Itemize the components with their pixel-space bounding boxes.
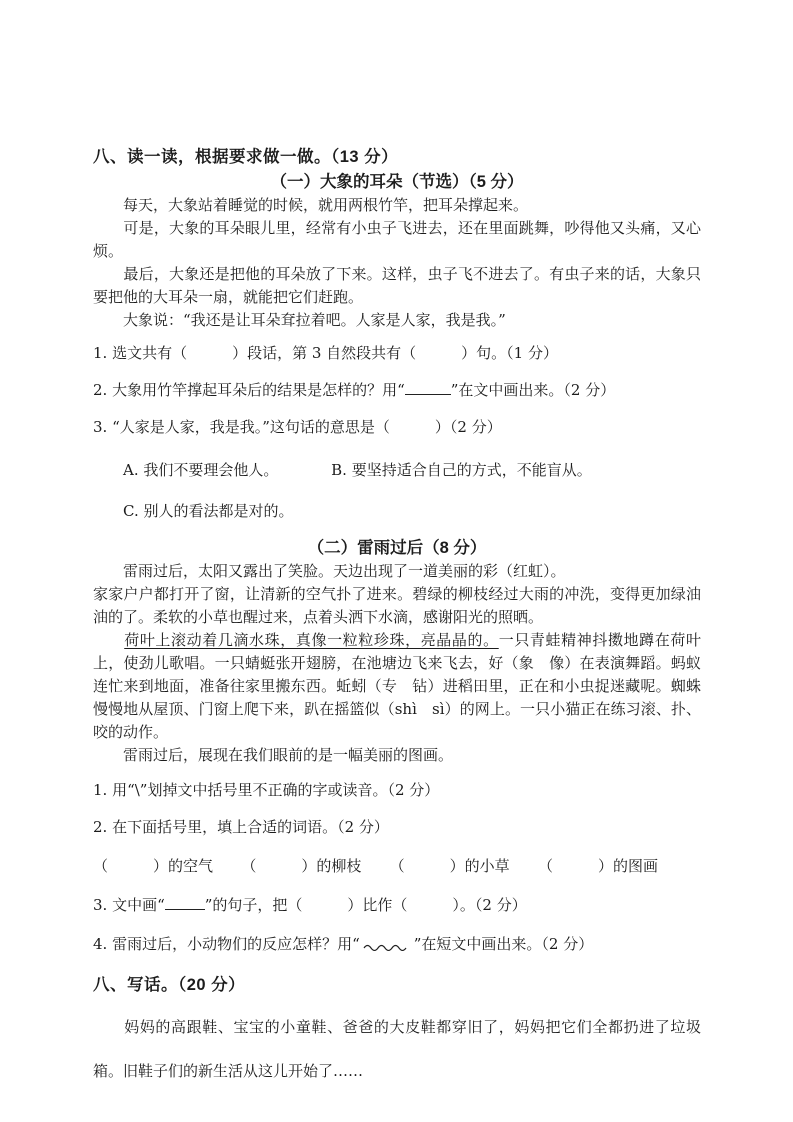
blank-line — [165, 895, 205, 910]
passage-paragraph-3: 最后，大象还是把他的耳朵放了下来。这样，虫子飞不进去了。有虫子来的话，大象只要把… — [93, 263, 701, 309]
test-paper-page: 八、读一读，根据要求做一做。（13 分） （一）大象的耳朵（节选）（5 分） 每… — [0, 0, 793, 1122]
part1-title: （一）大象的耳朵（节选）（5 分） — [93, 171, 701, 194]
writing-prompt: 妈妈的高跟鞋、宝宝的小童鞋、爸爸的大皮鞋都穿旧了，妈妈把它们全都扔进了垃圾箱。旧… — [93, 1005, 701, 1093]
passage-paragraph-4: 大象说：“我还是让耳朵耷拉着吧。人家是人家，我是我。” — [93, 309, 701, 332]
part2-question-3: 3. 文中画“”的句子，把（ ）比作（ ）。（2 分） — [93, 894, 701, 917]
passage-paragraph-1: 每天，大象站着睡觉的时候，就用两根竹竿，把耳朵撑起来。 — [93, 194, 701, 217]
part2-question-3-text: 3. 文中画“ — [93, 896, 165, 914]
fill-item-picture: （ ）的图画 — [538, 855, 658, 878]
part2-question-4: 4. 雷雨过后，小动物们的反应怎样？用“”在短文中画出来。（2 分） — [93, 933, 701, 956]
part2-question-4-text-after: ”在短文中画出来。（2 分） — [414, 935, 593, 953]
underlined-sentence: 荷叶上滚动着几滴水珠，真像一粒粒珍珠，亮晶晶的。 — [124, 631, 499, 649]
passage-elephant-ears: 每天，大象站着睡觉的时候，就用两根竹竿，把耳朵撑起来。 可是，大象的耳朵眼儿里，… — [93, 194, 701, 332]
part2-question-2: 2. 在下面括号里，填上合适的词语。（2 分） — [93, 816, 701, 839]
option-b: B. 要坚持适合自己的方式，不能盲从。 — [331, 461, 592, 479]
option-c: C. 别人的看法都是对的。 — [123, 500, 701, 523]
passage2-paragraph-3: 雷雨过后，展现在我们眼前的是一幅美丽的图画。 — [93, 744, 701, 767]
blank-line — [405, 380, 451, 395]
section-heading-write: 八、写话。（20 分） — [93, 974, 701, 997]
wavy-blank-line — [362, 941, 412, 951]
part1-question-2: 2. 大象用竹竿撑起耳朵后的结果是怎样的？用“”在文中画出来。（2 分） — [93, 379, 701, 402]
paragraph-indent — [93, 631, 124, 649]
part2-question-3-text-after: ”的句子，把（ ）比作（ ）。（2 分） — [205, 896, 527, 914]
passage-after-thunderstorm: 雷雨过后，太阳又露出了笑脸。天边出现了一道美丽的彩（红虹）。 家家户户都打开了窗… — [93, 560, 701, 767]
passage2-paragraph-1: 雷雨过后，太阳又露出了笑脸。天边出现了一道美丽的彩（红虹）。 家家户户都打开了窗… — [93, 560, 701, 629]
part1-question-2-text-after: ”在文中画出来。（2 分） — [451, 381, 615, 399]
fill-item-air: （ ）的空气 — [93, 855, 213, 878]
part2-question-4-text: 4. 雷雨过后，小动物们的反应怎样？用“ — [93, 935, 360, 953]
options-row: A. 我们不要理会他人。 B. 要坚持适合自己的方式，不能盲从。 — [123, 459, 701, 482]
part2-title: （二）雷雨过后（8 分） — [93, 537, 701, 560]
part2-question-1: 1. 用“\”划掉文中括号里不正确的字或读音。（2 分） — [93, 779, 701, 802]
fill-in-words-row: （ ）的空气 （ ）的柳枝 （ ）的小草 （ ）的图画 — [93, 855, 658, 878]
part1-question-1: 1. 选文共有（ ）段话，第 3 自然段共有（ ）句。（1 分） — [93, 342, 701, 365]
fill-item-willow: （ ）的柳枝 — [241, 855, 361, 878]
part1-question-3: 3. “人家是人家，我是我。”这句话的意思是（ ）（2 分） — [93, 416, 701, 439]
passage2-paragraph-2: 荷叶上滚动着几滴水珠，真像一粒粒珍珠，亮晶晶的。一只青蛙精神抖擞地蹲在荷叶上，使… — [93, 629, 701, 744]
option-a: A. 我们不要理会他人。 — [123, 461, 278, 479]
passage-paragraph-2: 可是，大象的耳朵眼儿里，经常有小虫子飞进去，还在里面跳舞，吵得他又头痛，又心烦。 — [93, 217, 701, 263]
part1-question-2-text: 2. 大象用竹竿撑起耳朵后的结果是怎样的？用“ — [93, 381, 405, 399]
fill-item-grass: （ ）的小草 — [390, 855, 510, 878]
section-heading-read: 八、读一读，根据要求做一做。（13 分） — [93, 146, 701, 169]
